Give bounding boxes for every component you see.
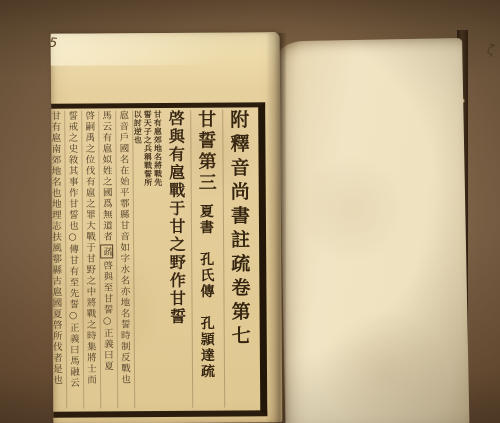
text-segment: 啓嗣禹之位伐有扈之罪大戰于甘野之中將戰之時集將士而 bbox=[83, 111, 96, 386]
handwritten-mark-left: 5 bbox=[48, 36, 58, 52]
text-segment: 馬云有扈姒姓之國爲無道者 bbox=[100, 110, 112, 242]
text-segment: 孔頴達疏 bbox=[199, 316, 215, 380]
text-segment: 孔氏傳 bbox=[198, 252, 214, 300]
text-column: 啓與有扈戰于甘之野作甘誓甘有扈郊地名將戰先誓天子之兵稱戰誓所以討逆也 bbox=[132, 110, 192, 408]
text-column: 啓嗣禹之位伐有扈之罪大戰于甘野之中將戰之時集將士而 bbox=[81, 110, 100, 408]
text-segment: 甘有扈郊地名將戰先誓天子之兵稱戰誓所以討逆也 bbox=[133, 110, 164, 194]
text-segment: 附釋音尚書註疏卷第七 bbox=[227, 109, 251, 349]
printed-text-frame: 附釋音尚書註疏卷第七甘誓第三夏書孔氏傳孔頴達疏啓與有扈戰于甘之野作甘誓甘有扈郊地… bbox=[51, 102, 267, 417]
text-column: 扈音戶國名在始平鄠縣甘音如字水名亦地名誓時制反戰也 bbox=[115, 110, 134, 408]
text-segment: 甘誓第三 bbox=[195, 110, 217, 194]
text-segment: 甘有扈南郊地名也地理志扶風鄠縣古扈國夏啓所伐者是也 bbox=[51, 111, 62, 386]
text-segment: 夏書 bbox=[198, 204, 214, 236]
text-column: 馬云有扈姒姓之國爲無道者疏啓與至甘誓○正義曰夏 bbox=[98, 110, 117, 408]
text-segment: 啓與有扈戰于甘之野作甘誓 bbox=[166, 110, 187, 326]
page-gutter-shadow bbox=[266, 33, 286, 423]
text-block: 附釋音尚書註疏卷第七甘誓第三夏書孔氏傳孔頴達疏啓與有扈戰于甘之野作甘誓甘有扈郊地… bbox=[51, 109, 258, 408]
text-segment: 誓戒之史敘其事作甘誓也○傳甘有至先誓○正義曰馬融云 bbox=[66, 111, 79, 389]
handwritten-mark-right: ζ bbox=[486, 43, 494, 58]
text-segment: 啓與至甘誓○正義曰夏 bbox=[101, 260, 113, 372]
shu-section-marker: 疏 bbox=[100, 244, 113, 258]
photo-of-open-book: 附釋音尚書註疏卷第七甘誓第三夏書孔氏傳孔頴達疏啓與有扈戰于甘之野作甘誓甘有扈郊地… bbox=[0, 0, 500, 423]
right-blank-page bbox=[278, 38, 469, 423]
text-column: 附釋音尚書註疏卷第七 bbox=[222, 109, 258, 407]
left-printed-page: 附釋音尚書註疏卷第七甘誓第三夏書孔氏傳孔頴達疏啓與有扈戰于甘之野作甘誓甘有扈郊地… bbox=[51, 32, 283, 423]
text-column: 甘有扈南郊地名也地理志扶風鄠縣古扈國夏啓所伐者是也 bbox=[51, 111, 66, 409]
text-column: 甘誓第三夏書孔氏傳孔頴達疏 bbox=[190, 110, 224, 408]
text-column: 誓戒之史敘其事作甘誓也○傳甘有至先誓○正義曰馬融云 bbox=[64, 111, 83, 409]
text-segment: 扈音戶國名在始平鄠縣甘音如字水名亦地名誓時制反戰也 bbox=[117, 110, 130, 385]
